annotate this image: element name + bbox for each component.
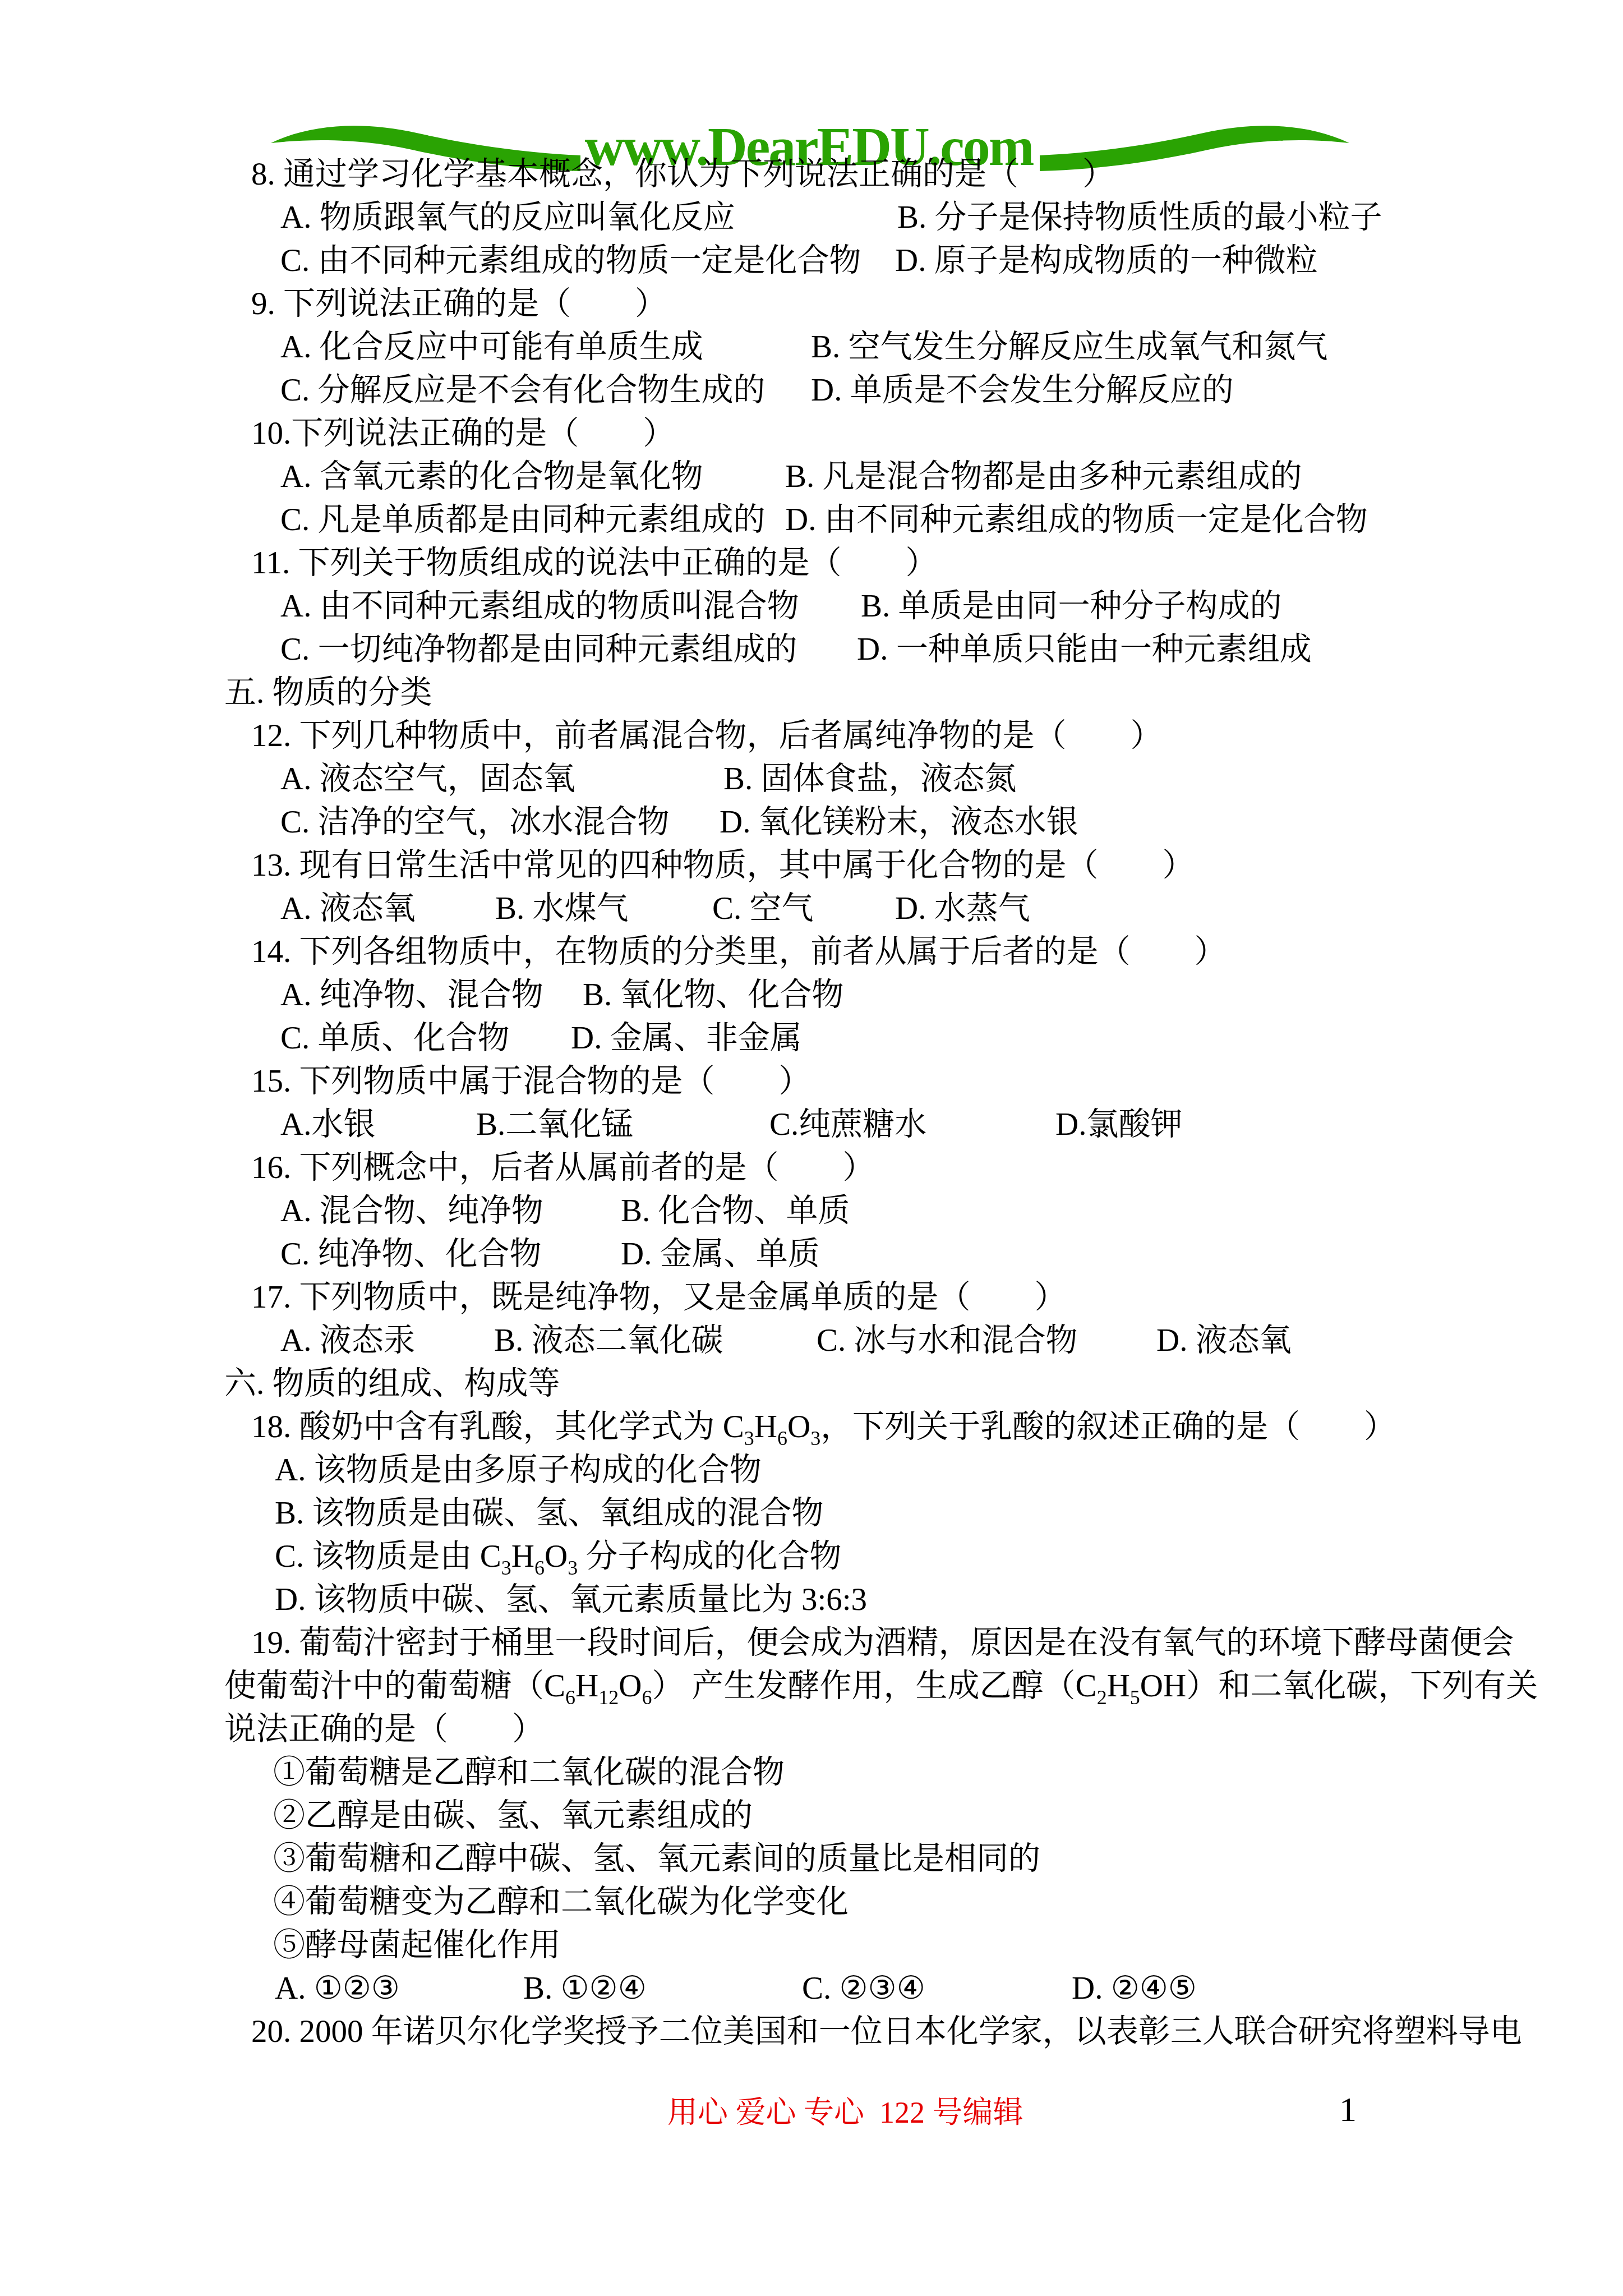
text-cell: A. 化合反应中可能有单质生成 bbox=[280, 325, 811, 369]
text-cell: A. 混合物、纯净物 bbox=[280, 1189, 621, 1232]
text-line-q15-stem: 15. 下列物质中属于混合物的是（ ） bbox=[0, 1060, 1623, 1103]
text-cell: B. 液态二氧化碳 bbox=[494, 1319, 817, 1362]
text-cell: D. 金属、单质 bbox=[621, 1232, 820, 1276]
text-cell: D. 氧化镁粉末，液态水银 bbox=[720, 800, 1078, 844]
text-line-q17-stem: 17. 下列物质中，既是纯净物，又是金属单质的是（ ） bbox=[0, 1276, 1623, 1319]
text-cell: 10.下列说法正确的是（ ） bbox=[251, 412, 675, 455]
text-cell: B. 该物质是由碳、氢、氧组成的混合物 bbox=[275, 1492, 824, 1535]
text-cell: A. 液态氧 bbox=[280, 887, 495, 930]
text-line-q8-cd: C. 由不同种元素组成的物质一定是化合物D. 原子是构成物质的一种微粒 bbox=[0, 239, 1623, 282]
text-cell: A. 液态空气，固态氧 bbox=[280, 757, 723, 800]
text-segment: 16. 下列概念中，后者从属前者的是（ ） bbox=[251, 1150, 875, 1185]
text-cell: C. 一切纯净物都是由同种元素组成的 bbox=[280, 628, 857, 671]
text-segment: A. 液态氧 bbox=[280, 891, 416, 926]
text-cell: D. 该物质中碳、氢、氧元素质量比为 3:6:3 bbox=[275, 1578, 867, 1621]
text-segment: C. 空气 bbox=[712, 891, 814, 926]
text-segment: B. ①②④ bbox=[523, 1971, 647, 2006]
text-line-sec-5: 五. 物质的分类 bbox=[0, 671, 1623, 714]
text-cell: 13. 现有日常生活中常见的四种物质，其中属于化合物的是（ ） bbox=[251, 844, 1195, 887]
text-segment: 17. 下列物质中，既是纯净物，又是金属单质的是（ ） bbox=[251, 1280, 1067, 1315]
text-segment: B. 空气发生分解反应生成氧气和氮气 bbox=[811, 329, 1328, 365]
text-cell: A. 物质跟氧气的反应叫氧化反应 bbox=[280, 196, 897, 239]
text-cell: B. 化合物、单质 bbox=[621, 1189, 850, 1232]
text-segment: D. 金属、非金属 bbox=[571, 1020, 802, 1056]
text-cell: B. 单质是由同一种分子构成的 bbox=[861, 585, 1282, 628]
text-cell: D. 金属、非金属 bbox=[571, 1016, 802, 1060]
text-line-q10-stem: 10.下列说法正确的是（ ） bbox=[0, 412, 1623, 455]
text-segment: ，下列关于乳酸的叙述正确的是（ ） bbox=[820, 1409, 1396, 1444]
text-segment: D. ②④⑤ bbox=[1072, 1971, 1197, 2006]
text-segment: H bbox=[1107, 1668, 1130, 1704]
text-cell: B. 氧化物、化合物 bbox=[583, 973, 844, 1016]
text-segment: C. 纯净物、化合物 bbox=[280, 1236, 542, 1272]
text-cell: A. 由不同种元素组成的物质叫混合物 bbox=[280, 585, 861, 628]
text-segment: 11. 下列关于物质组成的说法中正确的是（ ） bbox=[251, 545, 937, 581]
exam-page: www.DearEDU.com 8. 通过学习化学基本概念，你认为下列说法正确的… bbox=[0, 0, 1623, 2296]
text-line-q18-c: C. 该物质是由 C3H6O3 分子构成的化合物 bbox=[0, 1535, 1623, 1578]
text-cell: C. 纯净物、化合物 bbox=[280, 1232, 621, 1276]
text-segment: 13. 现有日常生活中常见的四种物质，其中属于化合物的是（ ） bbox=[251, 848, 1195, 883]
text-cell: C.纯蔗糖水 bbox=[769, 1103, 1055, 1146]
text-segment: O bbox=[787, 1409, 810, 1444]
text-cell: 20. 2000 年诺贝尔化学奖授予二位美国和一位日本化学家，以表彰三人联合研究… bbox=[251, 2010, 1522, 2053]
text-segment: A. 液态空气，固态氧 bbox=[280, 761, 575, 797]
text-line-q12-ab: A. 液态空气，固态氧B. 固体食盐，液态氮 bbox=[0, 757, 1623, 800]
text-cell: C. 由不同种元素组成的物质一定是化合物 bbox=[280, 239, 895, 282]
text-segment: C. 洁净的空气，冰水混合物 bbox=[280, 804, 670, 840]
text-line-q14-stem: 14. 下列各组物质中，在物质的分类里，前者从属于后者的是（ ） bbox=[0, 930, 1623, 973]
text-cell: ①葡萄糖是乙醇和二氧化碳的混合物 bbox=[273, 1751, 785, 1794]
text-cell: D. ②④⑤ bbox=[1072, 1967, 1197, 2010]
text-line-q19-c3: ③葡萄糖和乙醇中碳、氢、氧元素间的质量比是相同的 bbox=[0, 1837, 1623, 1880]
footer-slogan: 用心 爱心 专心 122 号编辑 bbox=[667, 2096, 1023, 2129]
text-segment: 12. 下列几种物质中，前者属混合物，后者属纯净物的是（ ） bbox=[251, 718, 1163, 753]
text-line-q16-ab: A. 混合物、纯净物B. 化合物、单质 bbox=[0, 1189, 1623, 1232]
text-segment: D. 一种单质只能由一种元素组成 bbox=[857, 632, 1312, 667]
text-segment: 14. 下列各组物质中，在物质的分类里，前者从属于后者的是（ ） bbox=[251, 934, 1227, 969]
text-segment: D. 氧化镁粉末，液态水银 bbox=[720, 804, 1078, 840]
text-line-q18-a: A. 该物质是由多原子构成的化合物 bbox=[0, 1448, 1623, 1492]
text-cell: 19. 葡萄汁密封于桶里一段时间后，便会成为酒精，原因是在没有氧气的环境下酵母菌… bbox=[251, 1621, 1514, 1664]
text-segment: ⑤酵母菌起催化作用 bbox=[273, 1927, 561, 1963]
text-segment: B. 固体食盐，液态氮 bbox=[723, 761, 1017, 797]
text-cell: 12. 下列几种物质中，前者属混合物，后者属纯净物的是（ ） bbox=[251, 714, 1163, 757]
text-cell: B. 水煤气 bbox=[495, 887, 712, 930]
text-segment: B. 该物质是由碳、氢、氧组成的混合物 bbox=[275, 1496, 824, 1531]
text-line-q18-d: D. 该物质中碳、氢、氧元素质量比为 3:6:3 bbox=[0, 1578, 1623, 1621]
text-cell: D.氯酸钾 bbox=[1055, 1103, 1182, 1146]
text-cell: D. 单质是不会发生分解反应的 bbox=[811, 369, 1234, 412]
text-cell: C. 冰与水和混合物 bbox=[817, 1319, 1156, 1362]
text-cell: 8. 通过学习化学基本概念，你认为下列说法正确的是（ ） bbox=[251, 153, 1114, 196]
text-segment: D. 水蒸气 bbox=[895, 891, 1030, 926]
text-segment: A. ①②③ bbox=[275, 1971, 400, 2006]
text-cell: 9. 下列说法正确的是（ ） bbox=[251, 282, 667, 325]
formula-subscript: 6 bbox=[642, 1686, 652, 1709]
text-cell: A. 该物质是由多原子构成的化合物 bbox=[275, 1448, 762, 1492]
text-line-q14-ab: A. 纯净物、混合物B. 氧化物、化合物 bbox=[0, 973, 1623, 1016]
text-segment: A. 混合物、纯净物 bbox=[280, 1193, 543, 1228]
text-cell: 18. 酸奶中含有乳酸，其化学式为 C3H6O3，下列关于乳酸的叙述正确的是（ … bbox=[251, 1405, 1396, 1448]
text-line-q10-cd: C. 凡是单质都是由同种元素组成的D. 由不同种元素组成的物质一定是化合物 bbox=[0, 498, 1623, 541]
text-line-q19-c5: ⑤酵母菌起催化作用 bbox=[0, 1924, 1623, 1967]
content-lines: 8. 通过学习化学基本概念，你认为下列说法正确的是（ ）A. 物质跟氧气的反应叫… bbox=[0, 153, 1623, 2053]
text-segment: C. 单质、化合物 bbox=[280, 1020, 510, 1056]
text-segment: 15. 下列物质中属于混合物的是（ ） bbox=[251, 1064, 811, 1099]
text-segment: D. 由不同种元素组成的物质一定是化合物 bbox=[785, 502, 1368, 537]
text-segment: O bbox=[619, 1668, 642, 1704]
text-segment: A. 由不同种元素组成的物质叫混合物 bbox=[280, 588, 799, 624]
text-cell: B. 凡是混合物都是由多种元素组成的 bbox=[785, 455, 1302, 498]
formula-subscript: 6 bbox=[777, 1427, 787, 1450]
text-cell: B. 空气发生分解反应生成氧气和氮气 bbox=[811, 325, 1328, 369]
text-line-q11-cd: C. 一切纯净物都是由同种元素组成的D. 一种单质只能由一种元素组成 bbox=[0, 628, 1623, 671]
text-cell: A. 含氧元素的化合物是氧化物 bbox=[280, 455, 785, 498]
text-cell: A. 液态汞 bbox=[280, 1319, 494, 1362]
text-line-q12-cd: C. 洁净的空气，冰水混合物D. 氧化镁粉末，液态水银 bbox=[0, 800, 1623, 844]
text-cell: D. 液态氧 bbox=[1156, 1319, 1292, 1362]
text-cell: 说法正确的是（ ） bbox=[224, 1708, 544, 1751]
formula-subscript: 3 bbox=[568, 1557, 578, 1579]
text-cell: ④葡萄糖变为乙醇和二氧化碳为化学变化 bbox=[273, 1880, 849, 1924]
text-segment: D. 单质是不会发生分解反应的 bbox=[811, 372, 1234, 408]
text-line-q10-ab: A. 含氧元素的化合物是氧化物B. 凡是混合物都是由多种元素组成的 bbox=[0, 455, 1623, 498]
text-segment: ②乙醇是由碳、氢、氧元素组成的 bbox=[273, 1798, 753, 1833]
text-segment: C. 该物质是由 C bbox=[275, 1539, 501, 1574]
text-line-q19-l1: 19. 葡萄汁密封于桶里一段时间后，便会成为酒精，原因是在没有氧气的环境下酵母菌… bbox=[0, 1621, 1623, 1664]
text-segment: C. 一切纯净物都是由同种元素组成的 bbox=[280, 632, 797, 667]
text-line-q18-stem: 18. 酸奶中含有乳酸，其化学式为 C3H6O3，下列关于乳酸的叙述正确的是（ … bbox=[0, 1405, 1623, 1448]
text-segment: A. 物质跟氧气的反应叫氧化反应 bbox=[280, 200, 735, 235]
text-cell: C. 分解反应是不会有化合物生成的 bbox=[280, 369, 811, 412]
text-segment: 8. 通过学习化学基本概念，你认为下列说法正确的是（ ） bbox=[251, 157, 1114, 192]
text-segment: 五. 物质的分类 bbox=[224, 675, 432, 710]
formula-subscript: 3 bbox=[810, 1427, 820, 1450]
text-segment: 分子构成的化合物 bbox=[578, 1539, 841, 1574]
text-segment: ） 产生发酵作用，生成乙醇（C bbox=[652, 1668, 1096, 1704]
formula-subscript: 3 bbox=[744, 1427, 754, 1450]
text-cell: ②乙醇是由碳、氢、氧元素组成的 bbox=[273, 1794, 753, 1837]
text-cell: A. 纯净物、混合物 bbox=[280, 973, 583, 1016]
text-segment: C. 分解反应是不会有化合物生成的 bbox=[280, 372, 766, 408]
text-cell: B. ①②④ bbox=[523, 1967, 802, 2010]
text-line-q14-cd: C. 单质、化合物D. 金属、非金属 bbox=[0, 1016, 1623, 1060]
text-segment: C.纯蔗糖水 bbox=[769, 1107, 926, 1142]
text-segment: O bbox=[545, 1539, 568, 1574]
text-cell: ③葡萄糖和乙醇中碳、氢、氧元素间的质量比是相同的 bbox=[273, 1837, 1040, 1880]
text-segment: D.氯酸钾 bbox=[1055, 1107, 1182, 1142]
text-line-q8-ab: A. 物质跟氧气的反应叫氧化反应B. 分子是保持物质性质的最小粒子 bbox=[0, 196, 1623, 239]
text-cell: 17. 下列物质中，既是纯净物，又是金属单质的是（ ） bbox=[251, 1276, 1067, 1319]
text-segment: OH）和二氧化碳，下列有关 bbox=[1140, 1668, 1538, 1704]
text-line-q11-ab: A. 由不同种元素组成的物质叫混合物B. 单质是由同一种分子构成的 bbox=[0, 585, 1623, 628]
text-segment: B. 化合物、单质 bbox=[621, 1193, 850, 1228]
text-segment: A. 该物质是由多原子构成的化合物 bbox=[275, 1452, 762, 1488]
text-segment: 10.下列说法正确的是（ ） bbox=[251, 416, 675, 451]
text-segment: H bbox=[754, 1409, 777, 1444]
text-segment: H bbox=[511, 1539, 534, 1574]
text-cell: 11. 下列关于物质组成的说法中正确的是（ ） bbox=[251, 541, 937, 585]
page-number: 1 bbox=[1339, 2090, 1357, 2129]
text-cell: D. 由不同种元素组成的物质一定是化合物 bbox=[785, 498, 1368, 541]
formula-subscript: 12 bbox=[598, 1686, 619, 1709]
text-segment: B. 凡是混合物都是由多种元素组成的 bbox=[785, 459, 1302, 494]
text-line-q9-cd: C. 分解反应是不会有化合物生成的D. 单质是不会发生分解反应的 bbox=[0, 369, 1623, 412]
text-line-q16-cd: C. 纯净物、化合物D. 金属、单质 bbox=[0, 1232, 1623, 1276]
text-segment: B. 水煤气 bbox=[495, 891, 629, 926]
text-cell: C. 空气 bbox=[712, 887, 895, 930]
text-line-q13-stem: 13. 现有日常生活中常见的四种物质，其中属于化合物的是（ ） bbox=[0, 844, 1623, 887]
text-segment: D. 原子是构成物质的一种微粒 bbox=[895, 243, 1318, 278]
text-line-sec-6: 六. 物质的组成、构成等 bbox=[0, 1362, 1623, 1405]
text-line-q9-stem: 9. 下列说法正确的是（ ） bbox=[0, 282, 1623, 325]
text-segment: B. 分子是保持物质性质的最小粒子 bbox=[897, 200, 1382, 235]
text-line-q19-l2: 使葡萄汁中的葡萄糖（C6H12O6） 产生发酵作用，生成乙醇（C2H5OH）和二… bbox=[0, 1664, 1623, 1708]
text-cell: 使葡萄汁中的葡萄糖（C6H12O6） 产生发酵作用，生成乙醇（C2H5OH）和二… bbox=[224, 1664, 1538, 1708]
text-segment: ③葡萄糖和乙醇中碳、氢、氧元素间的质量比是相同的 bbox=[273, 1841, 1040, 1876]
text-segment: 9. 下列说法正确的是（ ） bbox=[251, 286, 667, 321]
text-cell: 14. 下列各组物质中，在物质的分类里，前者从属于后者的是（ ） bbox=[251, 930, 1227, 973]
text-segment: A. 液态汞 bbox=[280, 1323, 416, 1358]
text-segment: C. 冰与水和混合物 bbox=[817, 1323, 1078, 1358]
text-line-q13-opts: A. 液态氧B. 水煤气C. 空气D. 水蒸气 bbox=[0, 887, 1623, 930]
text-cell: 六. 物质的组成、构成等 bbox=[224, 1362, 560, 1405]
text-segment: D. 该物质中碳、氢、氧元素质量比为 3:6:3 bbox=[275, 1582, 867, 1617]
text-segment: A.水银 bbox=[280, 1107, 375, 1142]
text-line-q11-stem: 11. 下列关于物质组成的说法中正确的是（ ） bbox=[0, 541, 1623, 585]
text-cell: B. 分子是保持物质性质的最小粒子 bbox=[897, 196, 1382, 239]
text-segment: 19. 葡萄汁密封于桶里一段时间后，便会成为酒精，原因是在没有氧气的环境下酵母菌… bbox=[251, 1625, 1514, 1660]
text-segment: H bbox=[575, 1668, 598, 1704]
text-cell: B.二氧化锰 bbox=[476, 1103, 769, 1146]
text-line-q15-opts: A.水银B.二氧化锰C.纯蔗糖水D.氯酸钾 bbox=[0, 1103, 1623, 1146]
text-cell: C. ②③④ bbox=[802, 1967, 1072, 2010]
text-segment: B. 氧化物、化合物 bbox=[583, 977, 844, 1013]
formula-subscript: 6 bbox=[565, 1686, 575, 1709]
text-cell: 16. 下列概念中，后者从属前者的是（ ） bbox=[251, 1146, 875, 1189]
text-line-q12-stem: 12. 下列几种物质中，前者属混合物，后者属纯净物的是（ ） bbox=[0, 714, 1623, 757]
text-segment: C. 凡是单质都是由同种元素组成的 bbox=[280, 502, 766, 537]
text-segment: D. 液态氧 bbox=[1156, 1323, 1292, 1358]
text-cell: 15. 下列物质中属于混合物的是（ ） bbox=[251, 1060, 811, 1103]
text-line-q8-stem: 8. 通过学习化学基本概念，你认为下列说法正确的是（ ） bbox=[0, 153, 1623, 196]
text-segment: ④葡萄糖变为乙醇和二氧化碳为化学变化 bbox=[273, 1884, 849, 1920]
text-cell: ⑤酵母菌起催化作用 bbox=[273, 1924, 561, 1967]
text-segment: ①葡萄糖是乙醇和二氧化碳的混合物 bbox=[273, 1755, 785, 1790]
text-segment: B. 单质是由同一种分子构成的 bbox=[861, 588, 1282, 624]
text-segment: A. 化合反应中可能有单质生成 bbox=[280, 329, 703, 365]
text-line-q19-c1: ①葡萄糖是乙醇和二氧化碳的混合物 bbox=[0, 1751, 1623, 1794]
text-line-q17-opts: A. 液态汞B. 液态二氧化碳C. 冰与水和混合物D. 液态氧 bbox=[0, 1319, 1623, 1362]
formula-subscript: 3 bbox=[501, 1557, 511, 1579]
text-segment: C. ②③④ bbox=[802, 1971, 925, 2006]
text-line-q19-l3: 说法正确的是（ ） bbox=[0, 1708, 1623, 1751]
text-segment: A. 含氧元素的化合物是氧化物 bbox=[280, 459, 703, 494]
formula-subscript: 6 bbox=[534, 1557, 545, 1579]
text-segment: C. 由不同种元素组成的物质一定是化合物 bbox=[280, 243, 861, 278]
text-cell: 五. 物质的分类 bbox=[224, 671, 432, 714]
text-cell: D. 原子是构成物质的一种微粒 bbox=[895, 239, 1318, 282]
text-segment: B.二氧化锰 bbox=[476, 1107, 633, 1142]
text-segment: B. 液态二氧化碳 bbox=[494, 1323, 723, 1358]
text-cell: A. ①②③ bbox=[275, 1967, 523, 2010]
text-line-q9-ab: A. 化合反应中可能有单质生成B. 空气发生分解反应生成氧气和氮气 bbox=[0, 325, 1623, 369]
text-line-q19-opts: A. ①②③B. ①②④C. ②③④D. ②④⑤ bbox=[0, 1967, 1623, 2010]
text-cell: C. 洁净的空气，冰水混合物 bbox=[280, 800, 720, 844]
text-segment: 使葡萄汁中的葡萄糖（C bbox=[224, 1668, 565, 1704]
text-segment: A. 纯净物、混合物 bbox=[280, 977, 543, 1013]
text-line-q20-stem: 20. 2000 年诺贝尔化学奖授予二位美国和一位日本化学家，以表彰三人联合研究… bbox=[0, 2010, 1623, 2053]
formula-subscript: 5 bbox=[1130, 1686, 1140, 1709]
text-line-q18-b: B. 该物质是由碳、氢、氧组成的混合物 bbox=[0, 1492, 1623, 1535]
text-cell: C. 该物质是由 C3H6O3 分子构成的化合物 bbox=[275, 1535, 841, 1578]
text-cell: A.水银 bbox=[280, 1103, 476, 1146]
text-cell: D. 水蒸气 bbox=[895, 887, 1030, 930]
text-segment: 18. 酸奶中含有乳酸，其化学式为 C bbox=[251, 1409, 744, 1444]
text-line-q19-c2: ②乙醇是由碳、氢、氧元素组成的 bbox=[0, 1794, 1623, 1837]
text-segment: D. 金属、单质 bbox=[621, 1236, 820, 1272]
formula-subscript: 2 bbox=[1097, 1686, 1107, 1709]
text-cell: C. 单质、化合物 bbox=[280, 1016, 571, 1060]
text-segment: 20. 2000 年诺贝尔化学奖授予二位美国和一位日本化学家，以表彰三人联合研究… bbox=[251, 2014, 1522, 2049]
text-cell: D. 一种单质只能由一种元素组成 bbox=[857, 628, 1312, 671]
text-line-q19-c4: ④葡萄糖变为乙醇和二氧化碳为化学变化 bbox=[0, 1880, 1623, 1924]
text-cell: B. 固体食盐，液态氮 bbox=[723, 757, 1017, 800]
text-cell: C. 凡是单质都是由同种元素组成的 bbox=[280, 498, 785, 541]
text-segment: 说法正确的是（ ） bbox=[224, 1711, 544, 1747]
text-line-q16-stem: 16. 下列概念中，后者从属前者的是（ ） bbox=[0, 1146, 1623, 1189]
text-segment: 六. 物质的组成、构成等 bbox=[224, 1366, 560, 1401]
